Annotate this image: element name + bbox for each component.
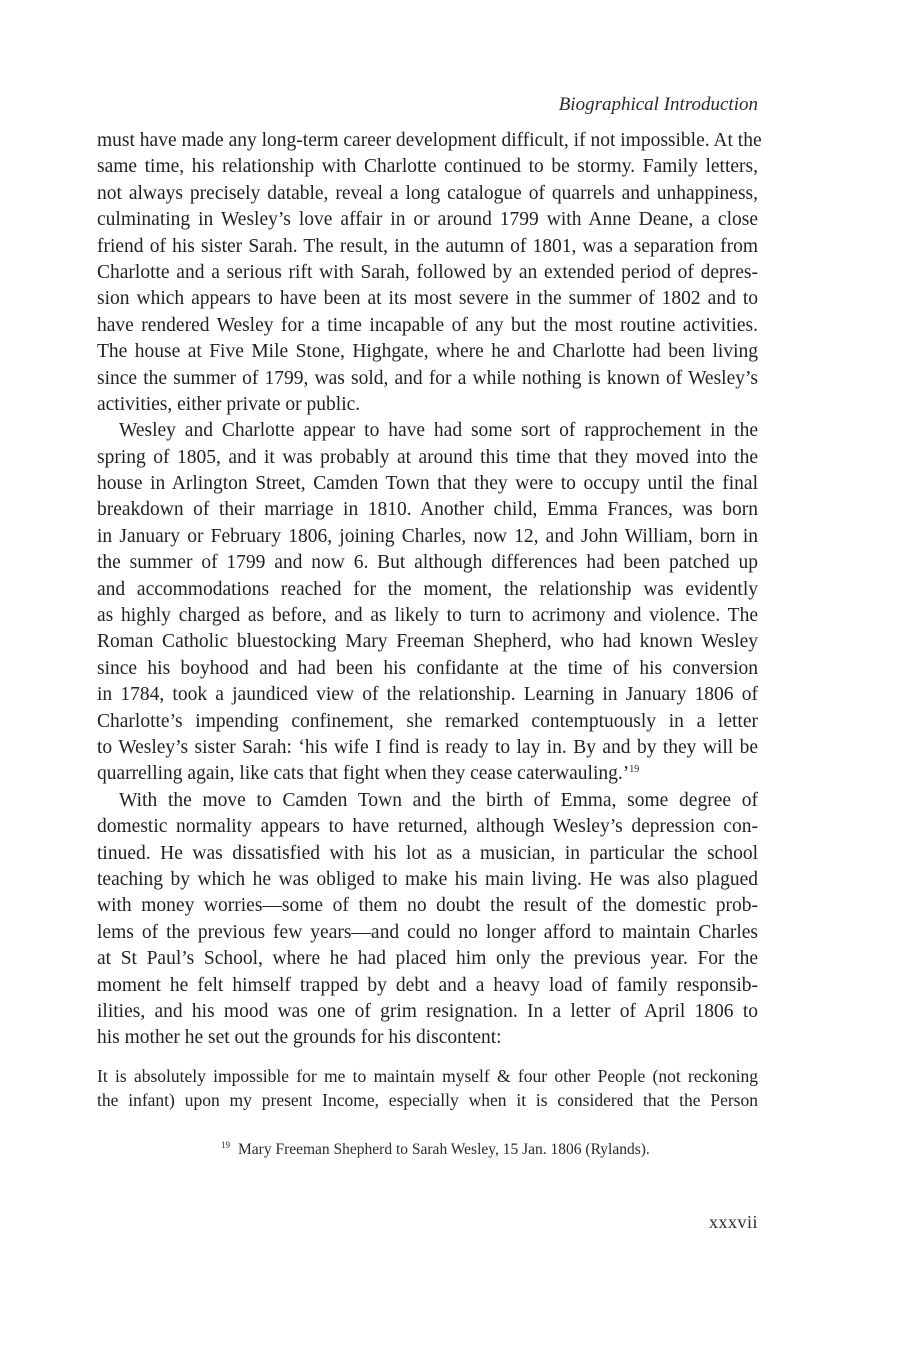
text-line: Charlotte’s impending confinement, she r… bbox=[97, 709, 758, 735]
paragraph-1: must have made any long-term career deve… bbox=[97, 128, 758, 418]
text-line: ilities, and his mood was one of grim re… bbox=[97, 999, 758, 1025]
text-line: the summer of 1799 and now 6. But althou… bbox=[97, 550, 758, 576]
text-line: domestic normality appears to have retur… bbox=[97, 814, 758, 840]
text-line: Wesley and Charlotte appear to have had … bbox=[97, 418, 758, 444]
body-text: must have made any long-term career deve… bbox=[97, 128, 758, 1112]
text-line: moment he felt himself trapped by debt a… bbox=[97, 973, 758, 999]
text-line: house in Arlington Street, Camden Town t… bbox=[97, 471, 758, 497]
text-line: breakdown of their marriage in 1810. Ano… bbox=[97, 497, 758, 523]
text-line: as highly charged as before, and as like… bbox=[97, 603, 758, 629]
text-line: in 1784, took a jaundiced view of the re… bbox=[97, 682, 758, 708]
text-line: since his boyhood and had been his confi… bbox=[97, 656, 758, 682]
running-head: Biographical Introduction bbox=[559, 94, 758, 116]
text-line: Charlotte and a serious rift with Sarah,… bbox=[97, 260, 758, 286]
text-line: with money worries—some of them no doubt… bbox=[97, 893, 758, 919]
text-line: his mother he set out the grounds for hi… bbox=[97, 1025, 758, 1051]
text-line: The house at Five Mile Stone, Highgate, … bbox=[97, 339, 758, 365]
text-line: in January or February 1806, joining Cha… bbox=[97, 524, 758, 550]
text-line: lems of the previous few years—and could… bbox=[97, 920, 758, 946]
text-line: quarrelling again, like cats that fight … bbox=[97, 763, 629, 784]
paragraph-2: Wesley and Charlotte appear to have had … bbox=[97, 418, 758, 787]
page-number: xxxvii bbox=[709, 1212, 758, 1233]
text-line: must have made any long-term career deve… bbox=[97, 128, 758, 154]
text-line: friend of his sister Sarah. The result, … bbox=[97, 234, 758, 260]
text-line: and accommodations reached for the momen… bbox=[97, 577, 758, 603]
text-line: Roman Catholic bluestocking Mary Freeman… bbox=[97, 629, 758, 655]
text-line: With the move to Camden Town and the bir… bbox=[97, 788, 758, 814]
text-line: have rendered Wesley for a time incapabl… bbox=[97, 313, 758, 339]
text-line: tinued. He was dissatisfied with his lot… bbox=[97, 841, 758, 867]
text-line: same time, his relationship with Charlot… bbox=[97, 154, 758, 180]
footnote-reference[interactable]: 19 bbox=[629, 764, 639, 775]
text-line: since the summer of 1799, was sold, and … bbox=[97, 366, 758, 392]
text-line: sion which appears to have been at its m… bbox=[97, 286, 758, 312]
text-line: culminating in Wesley’s love affair in o… bbox=[97, 207, 758, 233]
footnote: 19Mary Freeman Shepherd to Sarah Wesley,… bbox=[221, 1141, 650, 1159]
text-line: not always precisely datable, reveal a l… bbox=[97, 181, 758, 207]
quote-line: It is absolutely impossible for me to ma… bbox=[97, 1064, 758, 1088]
block-quote: It is absolutely impossible for me to ma… bbox=[97, 1064, 758, 1112]
paragraph-3: With the move to Camden Town and the bir… bbox=[97, 788, 758, 1052]
text-line: teaching by which he was obliged to make… bbox=[97, 867, 758, 893]
quote-line: the infant) upon my present Income, espe… bbox=[97, 1088, 758, 1112]
text-line: at St Paul’s School, where he had placed… bbox=[97, 946, 758, 972]
text-line-with-footnote: quarrelling again, like cats that fight … bbox=[97, 761, 758, 787]
text-line: to Wesley’s sister Sarah: ‘his wife I fi… bbox=[97, 735, 758, 761]
text-line: activities, either private or public. bbox=[97, 392, 758, 418]
text-line: spring of 1805, and it was probably at a… bbox=[97, 445, 758, 471]
footnote-number: 19 bbox=[221, 1140, 230, 1150]
footnote-text: Mary Freeman Shepherd to Sarah Wesley, 1… bbox=[238, 1141, 650, 1158]
